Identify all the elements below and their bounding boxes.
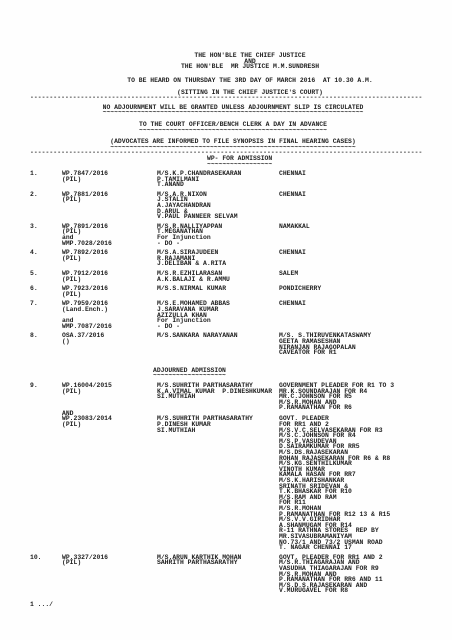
case-seq: 5. — [30, 271, 62, 277]
section-title-underline: ~~~~~~~~~~~~~~~~~~~ — [153, 373, 422, 379]
petitioner-cell: M/S.R.EZHILARASAN A.K.BALAJI & R.AMMU — [157, 271, 279, 282]
case-row: 4.WP.7892/2016 (PIL)M/S.A.SIRAJUDEEN R.R… — [30, 250, 422, 267]
case-seq: 3. — [30, 224, 62, 230]
respondent-cell: CHENNAI — [279, 301, 422, 307]
case-number-cell: WP.7912/2016 (PIL) — [62, 271, 157, 282]
case-row: 3.WP.7891/2016 (PIL) and WMP.7028/2016M/… — [30, 224, 422, 246]
case-row: 9.WP.16004/2015 (PIL) AND WP.23083/2014 … — [30, 383, 422, 551]
respondent-cell: M/S. S.THIRUVENKATASWAMY GEETA RAMASESHA… — [279, 333, 422, 355]
case-row: 1.WP.7847/2016 (PIL)M/S.K.P.CHANDRASEKAR… — [30, 171, 422, 188]
case-seq: 10. — [30, 555, 62, 561]
case-number-cell: WP.7959/2016 (Land.Ench.) and WMP.7087/2… — [62, 301, 157, 329]
dashed-divider-top: ----------------------------------------… — [30, 95, 422, 101]
respondent-cell: CHENNAI — [279, 250, 422, 256]
petitioner-cell: M/S.SUHRITH PARTHASARATHY K.A.VIMAL KUMA… — [157, 383, 279, 433]
case-number-cell: WP.16004/2015 (PIL) AND WP.23083/2014 (P… — [62, 383, 157, 428]
petitioner-cell: M/S.A.SIRAJUDEEN R.RAJAMANI J.DELIBAN & … — [157, 250, 279, 267]
cause-list-content: THE HON'BLE THE CHIEF JUSTICEANDTHE HON'… — [30, 53, 422, 607]
case-seq: 6. — [30, 286, 62, 292]
case-number-cell: OSA.37/2016 () — [62, 333, 157, 344]
cause-list-page: THE HON'BLE THE CHIEF JUSTICEANDTHE HON'… — [0, 0, 452, 640]
case-seq: 4. — [30, 250, 62, 256]
petitioner-cell: M/S.A.R.NIXON J.STALIN A.JAYACHANDRAN D.… — [157, 192, 279, 220]
case-list: WP- FOR ADMISSION~~~~~~~~~~~~~~~~~1.WP.7… — [30, 156, 422, 594]
petitioner-cell: M/S.ARUN KARTHIK MOHAN SAHRITH PARTHASAR… — [157, 555, 279, 566]
case-number-cell: WP.7847/2016 (PIL) — [62, 171, 157, 182]
case-row: 7.WP.7959/2016 (Land.Ench.) and WMP.7087… — [30, 301, 422, 329]
petitioner-cell: M/S.SANKARA NARAYANAN — [157, 333, 279, 339]
case-row: 6.WP.7923/2016 (PIL)M/S.S.NIRMAL KUMARPO… — [30, 286, 422, 297]
section-adjourned-admission: ADJOURNED ADMISSION~~~~~~~~~~~~~~~~~~~9.… — [30, 368, 422, 594]
section-title-block-wp-for-admission: WP- FOR ADMISSION~~~~~~~~~~~~~~~~~ — [207, 156, 422, 167]
case-seq: 8. — [30, 333, 62, 339]
respondent-cell: PONDICHERRY — [279, 286, 422, 292]
respondent-cell: CHENNAI — [279, 171, 422, 177]
section-wp-for-admission: WP- FOR ADMISSION~~~~~~~~~~~~~~~~~1.WP.7… — [30, 156, 422, 356]
respondent-cell: SALEM — [279, 271, 422, 277]
case-number-cell: WP.7881/2016 (PIL) — [62, 192, 157, 203]
section-title-underline: ~~~~~~~~~~~~~~~~~ — [207, 162, 422, 168]
respondent-cell: NAMAKKAL — [279, 224, 422, 230]
bench-heading: THE HON'BLE THE CHIEF JUSTICEANDTHE HON'… — [78, 53, 422, 70]
case-row: 5.WP.7912/2016 (PIL)M/S.R.EZHILARASAN A.… — [30, 271, 422, 282]
hearing-date-line: TO BE HEARD ON THURSDAY THE 3RD DAY OF M… — [78, 78, 422, 84]
case-seq: 2. — [30, 192, 62, 198]
section-title-block-adjourned-admission: ADJOURNED ADMISSION~~~~~~~~~~~~~~~~~~~ — [153, 368, 422, 379]
notices-block: NO ADJOURNMENT WILL BE GRANTED UNLESS AD… — [44, 105, 422, 151]
case-number-cell: WP.3327/2016 (PIL) — [62, 555, 157, 566]
petitioner-cell: M/S.S.NIRMAL KUMAR — [157, 286, 279, 292]
case-row: 10.WP.3327/2016 (PIL)M/S.ARUN KARTHIK MO… — [30, 555, 422, 594]
case-row: 2.WP.7881/2016 (PIL)M/S.A.R.NIXON J.STAL… — [30, 192, 422, 220]
case-row: 8.OSA.37/2016 ()M/S.SANKARA NARAYANANM/S… — [30, 333, 422, 355]
case-number-cell: WP.7892/2016 (PIL) — [62, 250, 157, 261]
case-number-cell: WP.7891/2016 (PIL) and WMP.7028/2016 — [62, 224, 157, 246]
case-seq: 9. — [30, 383, 62, 389]
case-seq: 7. — [30, 301, 62, 307]
respondent-cell: GOVT. PLEADER FOR RR1 AND 2 M/S.R.THIAGA… — [279, 555, 422, 594]
petitioner-cell: M/S.E.MOHAMED ABBAS J.SARAVANA KUMAR AZI… — [157, 301, 279, 329]
page-footer: 1 .../ — [30, 602, 422, 608]
respondent-cell: GOVERNMENT PLEADER FOR R1 TO 3 MR.K.SOUN… — [279, 383, 422, 551]
case-number-cell: WP.7923/2016 (PIL) — [62, 286, 157, 297]
respondent-cell: CHENNAI — [279, 192, 422, 198]
case-seq: 1. — [30, 171, 62, 177]
petitioner-cell: M/S.R.NALLIYAPPAN T.MEGANATHAN For Injun… — [157, 224, 279, 246]
petitioner-cell: M/S.K.P.CHANDRASEKARAN P.TAMILMANI T.ANA… — [157, 171, 279, 188]
